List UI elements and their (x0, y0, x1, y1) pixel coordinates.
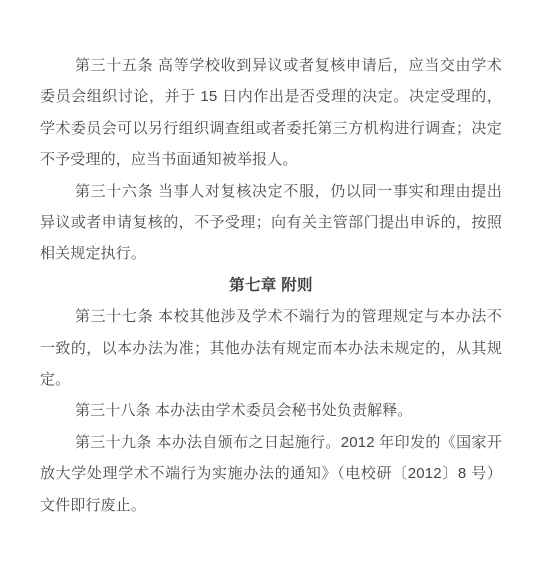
document-page: 第三十五条 高等学校收到异议或者复核申请后，应当交由学术委员会组织讨论，并于 1… (0, 0, 554, 578)
paragraph-article-37: 第三十七条 本校其他涉及学术不端行为的管理规定与本办法不一致的，以本办法为准；其… (40, 301, 502, 395)
paragraph-article-38: 第三十八条 本办法由学术委员会秘书处负责解释。 (40, 395, 502, 426)
chapter-heading: 第七章 附则 (40, 270, 502, 301)
paragraph-article-36: 第三十六条 当事人对复核决定不服，仍以同一事实和理由提出异议或者申请复核的，不予… (40, 176, 502, 270)
paragraph-article-35: 第三十五条 高等学校收到异议或者复核申请后，应当交由学术委员会组织讨论，并于 1… (40, 50, 502, 176)
paragraph-article-39: 第三十九条 本办法自颁布之日起施行。2012 年印发的《国家开 放大学处理学术不… (40, 427, 502, 521)
document-viewport: 第三十五条 高等学校收到异议或者复核申请后，应当交由学术委员会组织讨论，并于 1… (0, 0, 554, 578)
